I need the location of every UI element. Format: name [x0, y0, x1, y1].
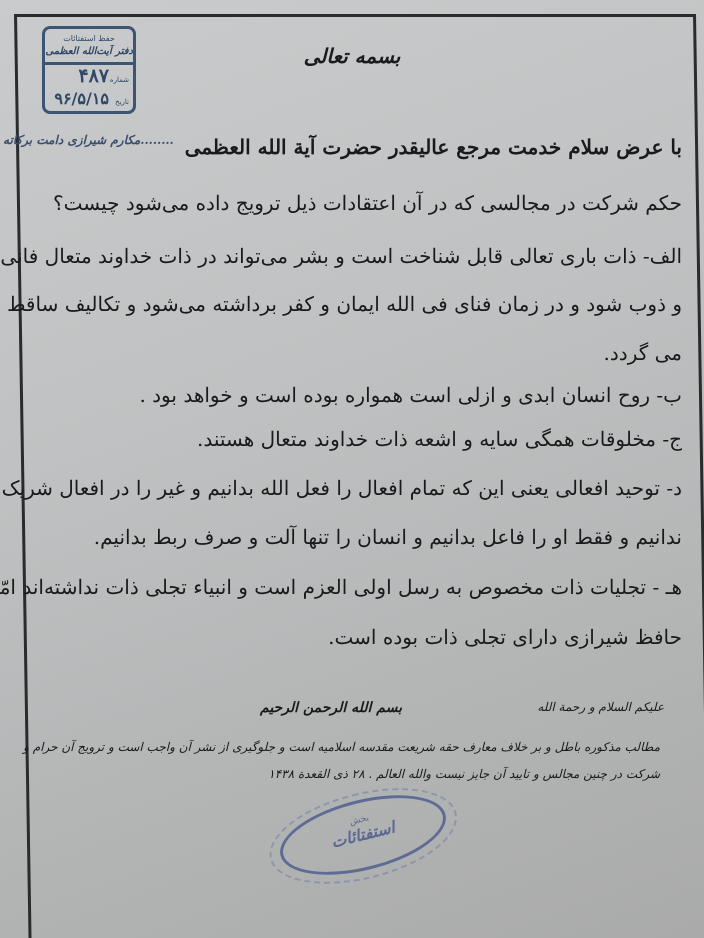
stamp-date-label: تاریخ [109, 98, 129, 106]
question-line: حکم شرکت در مجالسی که در آن اعتقادات ذیل… [53, 188, 682, 218]
item-dal-line-1: د- توحید افعالی یعنی این که تمام افعال ر… [2, 473, 682, 503]
ruling-line-1: مطالب مذکوره باطل و بر خلاف معارف حقه شر… [24, 740, 660, 754]
item-alef-line-3: می گردد. [604, 338, 682, 368]
item-dal-line-2: ندانیم و فقط او را فاعل بدانیم و انسان ر… [94, 522, 682, 552]
item-jim-line: ج- مخلوقات همگی سایه و اشعه ذات خداوند م… [197, 424, 682, 454]
ruling-line-2: شرکت در چنین مجالس و تایید آن جایز نیست … [24, 767, 660, 781]
stamp-number-label: شماره [109, 76, 129, 84]
handwritten-addressee: ........مکارم شیرازی دامت برکاته [3, 133, 174, 147]
stamp-number-row: شماره ۴۸۷ [45, 65, 133, 89]
salutation-text: با عرض سلام خدمت مرجع عالیقدر حضرت آیة ا… [185, 135, 682, 159]
item-alef-line-2: و ذوب شود و در زمان فنای فی الله ایمان و… [7, 289, 682, 319]
item-he-line-2: حافظ شیرازی دارای تجلی ذات بوده است. [328, 622, 682, 652]
document-heading: بسمه تعالی [0, 44, 704, 68]
stamp-date: ۹۶/۵/۱۵ [54, 89, 109, 108]
item-be-line: ب- روح انسان ابدی و ازلی است همواره بوده… [139, 380, 682, 410]
answer-basmala: بسم الله الرحمن الرحیم [260, 700, 402, 716]
stamp-date-row: تاریخ ۹۶/۵/۱۵ [45, 89, 133, 113]
item-he-line-1: هـ - تجلیات ذات مخصوص به رسل اولی العزم … [0, 572, 682, 602]
stamp-number: ۴۸۷ [78, 65, 109, 87]
registration-stamp: حفظ استفتائات دفتر آیت‌الله العظمی مکارم… [42, 26, 136, 114]
item-alef-line-1: الف- ذات باری تعالی قابل شناخت است و بشر… [0, 241, 682, 271]
answer-header: علیکم السلام و رحمة الله بسم الله الرحمن… [260, 700, 664, 716]
salutation-line: با عرض سلام خدمت مرجع عالیقدر حضرت آیة ا… [3, 132, 682, 165]
answer-greeting: علیکم السلام و رحمة الله [537, 700, 664, 716]
